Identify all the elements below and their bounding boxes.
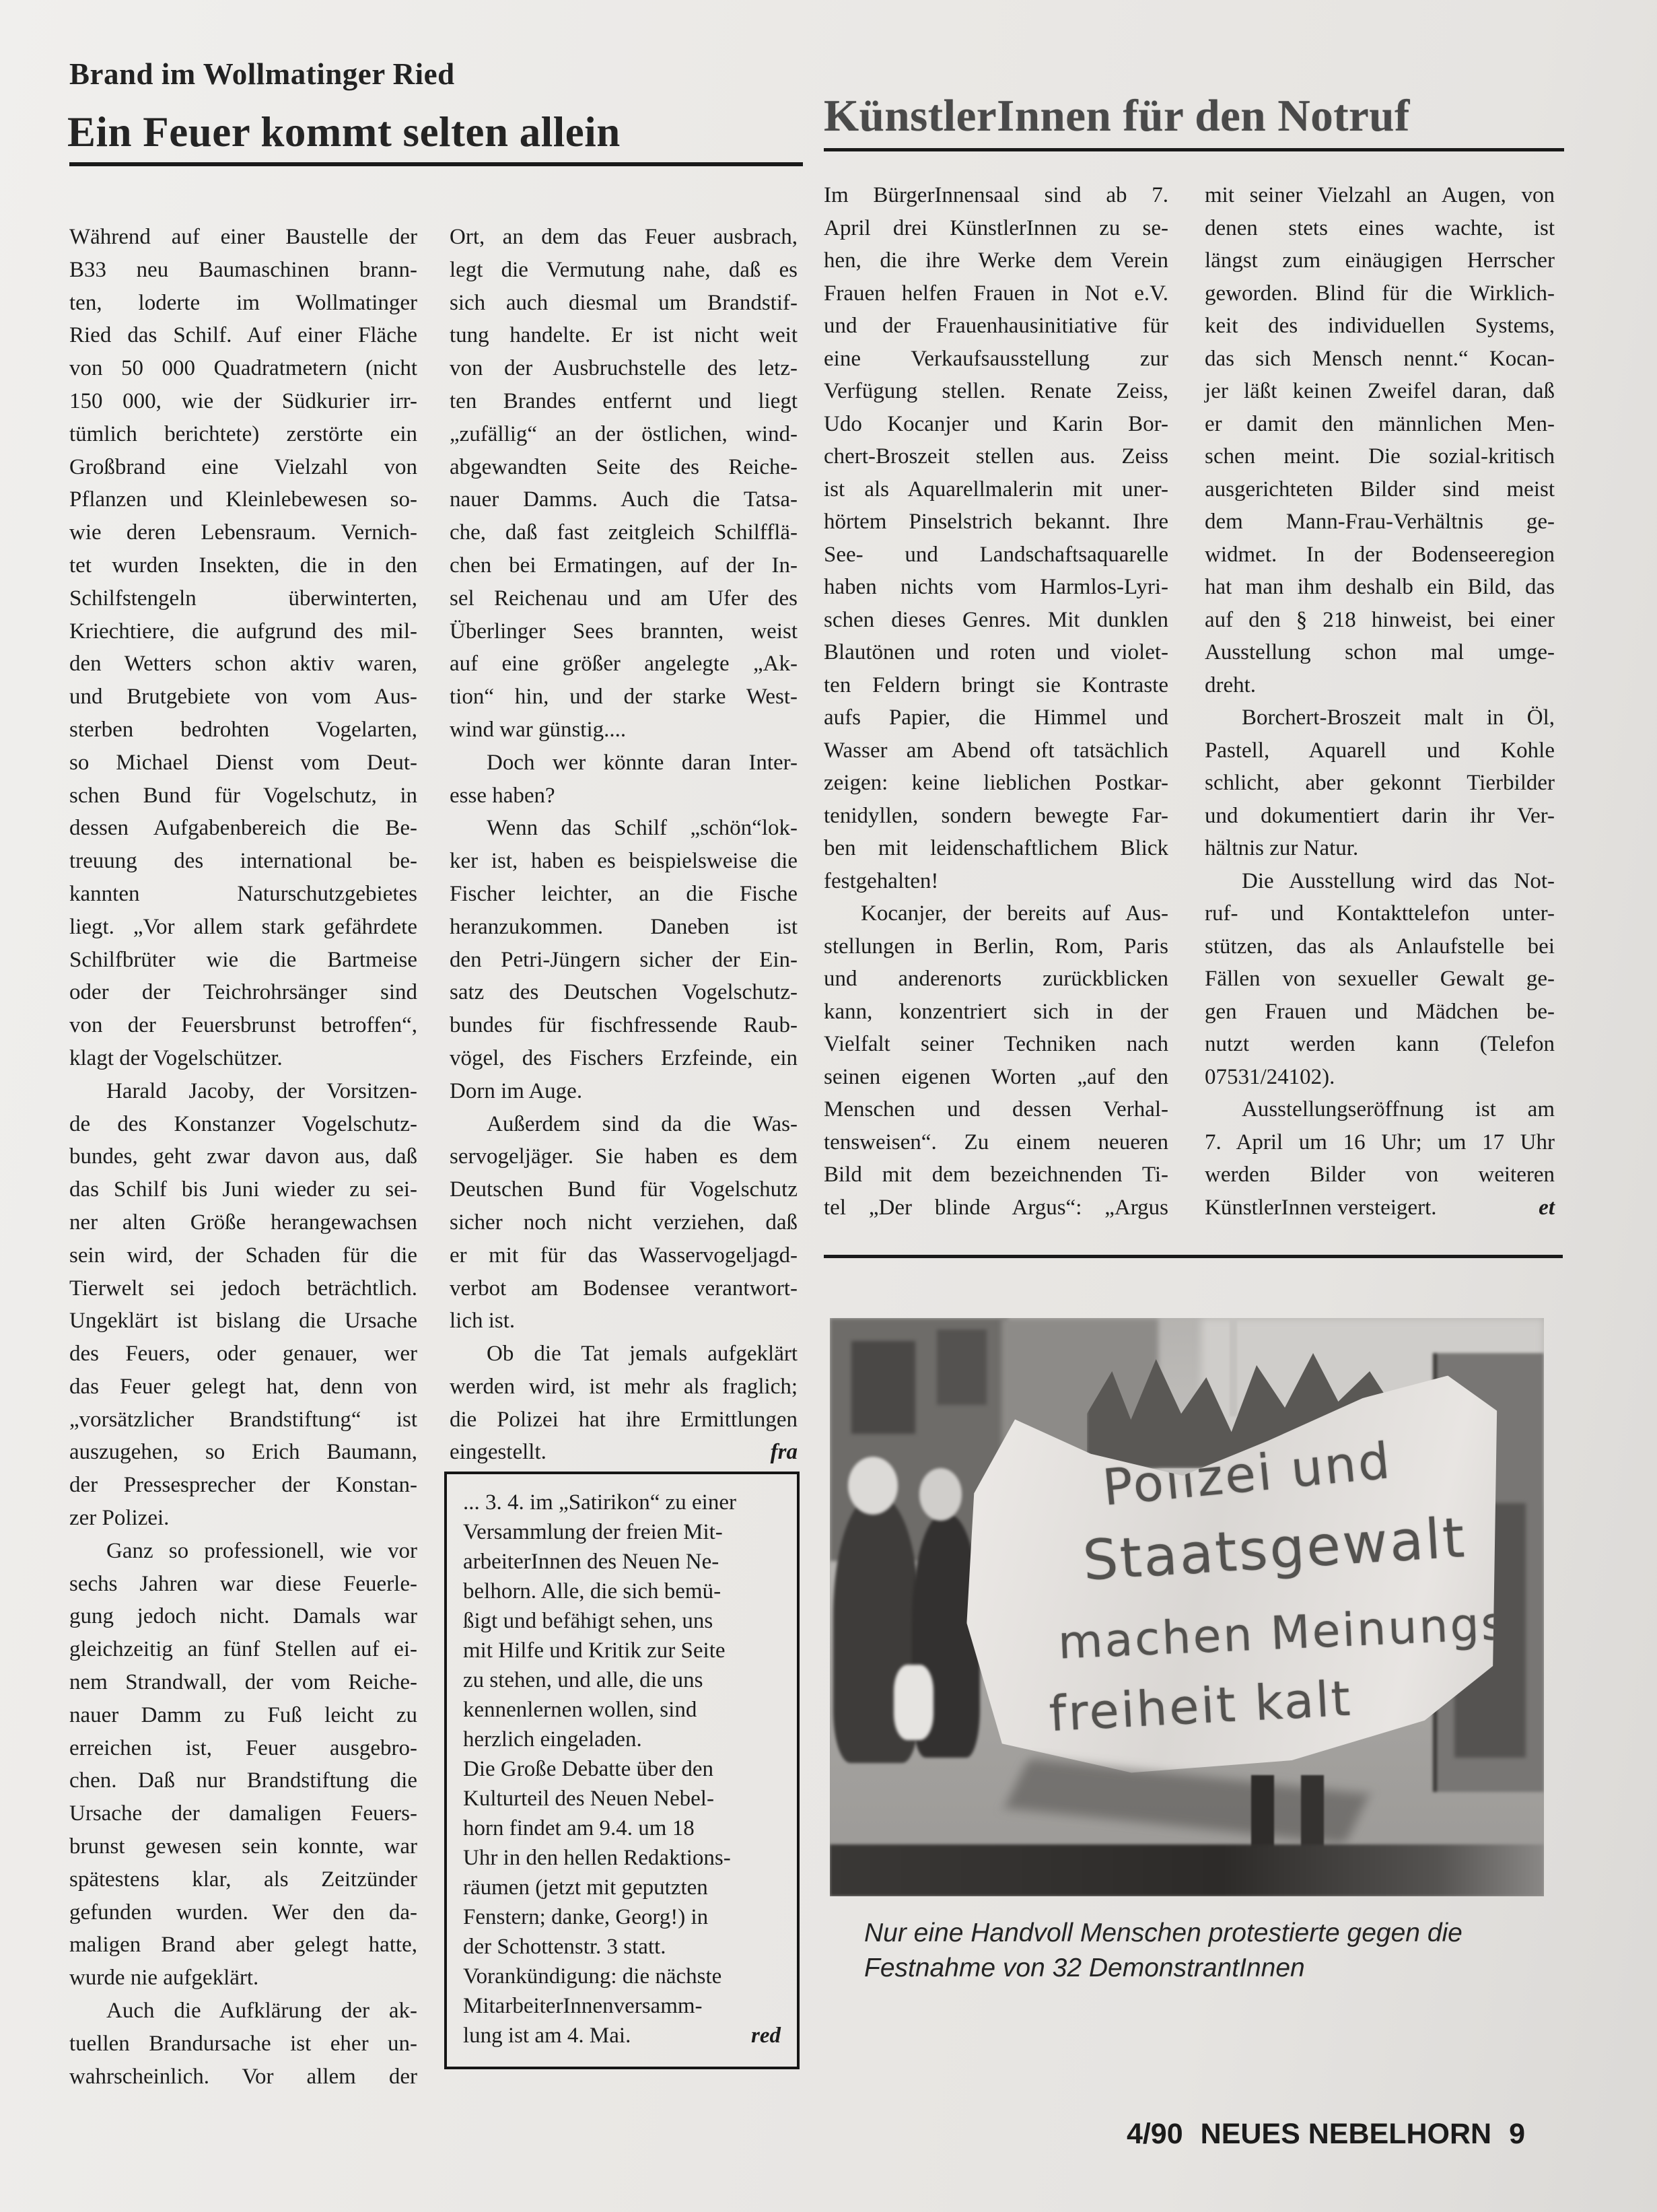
text-line: chen. Daß nur Brandstiftung die bbox=[69, 1764, 417, 1797]
notruf-article-column-1: Im BürgerInnensaal sind ab 7.April drei … bbox=[824, 179, 1168, 1224]
text-line: aufs Papier, die Himmel und bbox=[824, 701, 1168, 734]
text-line: er damit den männlichen Men- bbox=[1205, 408, 1555, 441]
text-line: denen stets eines wachte, ist bbox=[1205, 212, 1555, 245]
magazine-page-scan: { "page": { "background": "#e9e7e4", "in… bbox=[0, 0, 1657, 2212]
text-line: Tierwelt sei jedoch beträchtlich. bbox=[69, 1272, 417, 1305]
text-line: keit des individuellen Systems, bbox=[1205, 310, 1555, 343]
fire-article-column-2: Ort, an dem das Feuer ausbrach,legt die … bbox=[450, 221, 798, 1469]
text-line: dreht. bbox=[1205, 669, 1555, 702]
text-line: wurde nie aufgeklärt. bbox=[69, 1962, 417, 1995]
text-line: zu stehen, und alle, die uns bbox=[463, 1665, 781, 1695]
protest-photo: Polizei und Staatsgewalt machen Meinungs… bbox=[830, 1318, 1544, 1896]
text-line: de des Konstanzer Vogelschutz- bbox=[69, 1108, 417, 1141]
text-line: schen dieses Genres. Mit dunklen bbox=[824, 604, 1168, 637]
text-line: tet wurden Insekten, die in den bbox=[69, 549, 417, 582]
text-line: mit Hilfe und Kritik zur Seite bbox=[463, 1636, 781, 1665]
text-line: Ungeklärt ist bislang die Ursache bbox=[69, 1305, 417, 1338]
text-line: schen Bund für Vogelschutz, in bbox=[69, 780, 417, 813]
text-line: Ganz so professionell, wie vor bbox=[69, 1535, 417, 1568]
text-line: widmet. In der Bodenseeregion bbox=[1205, 539, 1555, 572]
text-line: die Polizei hat ihre Ermittlungen bbox=[450, 1404, 798, 1437]
text-line: Frauen helfen Frauen in Not e.V. bbox=[824, 277, 1168, 310]
text-line: „vorsätzlicher Brandstiftung“ ist bbox=[69, 1404, 417, 1437]
text-line: wahrscheinlich. Vor allem der bbox=[69, 2061, 417, 2094]
text-line: lich ist. bbox=[450, 1305, 798, 1338]
text-line: eingestellt.fra bbox=[450, 1436, 798, 1469]
notruf-headline-rule bbox=[824, 148, 1564, 151]
text-line: jer läßt keinen Zweifel daran, daß bbox=[1205, 375, 1555, 408]
text-line: Verfügung stellen. Renate Zeiss, bbox=[824, 375, 1168, 408]
text-line: kann, konzentriert sich in der bbox=[824, 996, 1168, 1029]
notruf-article-column-2: mit seiner Vielzahl an Augen, vondenen s… bbox=[1205, 179, 1555, 1224]
text-line: hat man ihm deshalb ein Bild, das bbox=[1205, 571, 1555, 604]
text-line: auf den § 218 hinweist, bei einer bbox=[1205, 604, 1555, 637]
author-signature: red bbox=[751, 2021, 781, 2050]
text-line: „zufällig“ an der östlichen, wind- bbox=[450, 418, 798, 451]
spacer bbox=[631, 2021, 751, 2050]
text-line: Uhr in den hellen Redaktions- bbox=[463, 1843, 781, 1873]
text-line: dessen Aufgabenbereich die Be- bbox=[69, 812, 417, 845]
text-line: Pflanzen und Kleinlebewesen so- bbox=[69, 483, 417, 516]
text-line: Ried das Schilf. Auf einer Fläche bbox=[69, 319, 417, 352]
text-line: Dorn im Auge. bbox=[450, 1075, 798, 1108]
text-line: werden wird, ist mehr als fraglich; bbox=[450, 1371, 798, 1404]
text-line: auszugehen, so Erich Baumann, bbox=[69, 1436, 417, 1469]
text-line: ker ist, haben es beispielsweise die bbox=[450, 845, 798, 878]
text-line: der Schottenstr. 3 statt. bbox=[463, 1932, 781, 1962]
text-line: Während auf einer Baustelle der bbox=[69, 221, 417, 254]
text-line: nauer Damms. Auch die Tatsa- bbox=[450, 483, 798, 516]
text-line: Die Ausstellung wird das Not- bbox=[1205, 865, 1555, 898]
photo-window bbox=[851, 1341, 915, 1433]
fire-article-headline: Ein Feuer kommt selten allein bbox=[67, 108, 621, 157]
page-footer: 4/90 NEUES NEBELHORN 9 bbox=[1127, 2118, 1525, 2151]
text-line: hen, die ihre Werke dem Verein bbox=[824, 244, 1168, 277]
text-line: Großbrand eine Vielzahl von bbox=[69, 451, 417, 484]
text-line: ben mit leidenschaftlichem Blick bbox=[824, 832, 1168, 865]
text-line: schlicht, aber gekonnt Tierbilder bbox=[1205, 767, 1555, 800]
author-signature: fra bbox=[771, 1436, 798, 1469]
text-line: abgewandten Seite des Reiche- bbox=[450, 451, 798, 484]
text-line: servogeljäger. Sie haben es dem bbox=[450, 1140, 798, 1173]
text-line: eine Verkaufsausstellung zur bbox=[824, 343, 1168, 376]
text-line: Schilfbrüter wie die Bartmeise bbox=[69, 944, 417, 977]
footer-magazine-title: NEUES NEBELHORN bbox=[1201, 2118, 1491, 2151]
text-line: von 50 000 Quadratmetern (nicht bbox=[69, 352, 417, 385]
text-line: Auch die Aufklärung der ak- bbox=[69, 1995, 417, 2028]
text-line: Vielfalt seiner Techniken nach bbox=[824, 1028, 1168, 1061]
text-line: bundes, geht zwar davon aus, daß bbox=[69, 1140, 417, 1173]
text-line: und dokumentiert darin ihr Ver- bbox=[1205, 800, 1555, 833]
text-line: der Pressesprecher der Konstan- bbox=[69, 1469, 417, 1502]
text-line: festgehalten! bbox=[824, 865, 1168, 898]
text-line: tümlich berichtete) zerstörte ein bbox=[69, 418, 417, 451]
text-line: so Michael Dienst vom Deut- bbox=[69, 747, 417, 780]
text-line: zeigen: keine lieblichen Postkar- bbox=[824, 767, 1168, 800]
footer-issue: 4/90 bbox=[1127, 2118, 1183, 2151]
demonstrator-head bbox=[919, 1468, 962, 1520]
text-line: Wenn das Schilf „schön“lok- bbox=[450, 812, 798, 845]
text-line: ten Feldern bringt sie Kontraste bbox=[824, 669, 1168, 702]
text-line: Ausstellung schon mal umge- bbox=[1205, 636, 1555, 669]
text-line: che, daß fast zeitgleich Schilfflä- bbox=[450, 516, 798, 549]
text-line: horn findet am 9.4. um 18 bbox=[463, 1813, 781, 1843]
text-line: esse haben? bbox=[450, 780, 798, 813]
editorial-note-text: ... 3. 4. im „Satirikon“ zu einerVersamm… bbox=[463, 1488, 781, 2050]
text-line: sein wird, der Schaden für die bbox=[69, 1239, 417, 1272]
text-line: seinen eigenen Worten „auf den bbox=[824, 1061, 1168, 1094]
text-line: den Petri-Jüngern sicher der Ein- bbox=[450, 944, 798, 977]
text-line: MitarbeiterInnenversamm- bbox=[463, 1991, 781, 2021]
text-line: zer Polizei. bbox=[69, 1502, 417, 1535]
text-line: nauer Damm zu Fuß leicht zu bbox=[69, 1699, 417, 1732]
fire-headline-rule bbox=[69, 162, 803, 166]
text-line: satz des Deutschen Vogelschutz- bbox=[450, 976, 798, 1009]
text-line: klagt der Vogelschützer. bbox=[69, 1042, 417, 1075]
text-line: brunst gewesen sein konnte, war bbox=[69, 1830, 417, 1863]
text-line: er mit für das Wasservogeljagd- bbox=[450, 1239, 798, 1272]
text-line: und anderenorts zurückblicken bbox=[824, 963, 1168, 996]
text-line: stellungen in Berlin, Rom, Paris bbox=[824, 930, 1168, 963]
text-line: auf eine größer angelegte „Ak- bbox=[450, 648, 798, 681]
text-line: Pastell, Aquarell und Kohle bbox=[1205, 734, 1555, 767]
banner-text-line: machen Meinungs bbox=[1057, 1597, 1508, 1670]
text-line: bundes für fischfressende Raub- bbox=[450, 1009, 798, 1042]
text-line: Deutschen Bund für Vogelschutz bbox=[450, 1173, 798, 1206]
text-line: See- und Landschaftsaquarelle bbox=[824, 539, 1168, 572]
text-line: legt die Vermutung nahe, daß es bbox=[450, 254, 798, 287]
text-line: sechs Jahren war diese Feuerle- bbox=[69, 1568, 417, 1601]
text-line: das Feuer gelegt hat, denn von bbox=[69, 1371, 417, 1404]
photo-banner-pole bbox=[1230, 1318, 1237, 1416]
text-line: ist als Aquarellmalerin mit uner- bbox=[824, 473, 1168, 506]
text-line: herzlich eingeladen. bbox=[463, 1725, 781, 1754]
text-line: ruf- und Kontakttelefon unter- bbox=[1205, 897, 1555, 930]
banner-text-line: freiheit kalt bbox=[1048, 1670, 1353, 1742]
photo-window bbox=[937, 1329, 987, 1405]
text-line: sterben bedrohten Vogelarten, bbox=[69, 714, 417, 747]
text-line-text: eingestellt. bbox=[450, 1436, 547, 1469]
text-line: mit seiner Vielzahl an Augen, von bbox=[1205, 179, 1555, 212]
text-line: Ort, an dem das Feuer ausbrach, bbox=[450, 221, 798, 254]
text-line: tel „Der blinde Argus“: „Argus bbox=[824, 1191, 1168, 1224]
photo-caption: Nur eine Handvoll Menschen protestierte … bbox=[864, 1916, 1578, 1986]
text-line: spätestens klar, als Zeitzünder bbox=[69, 1863, 417, 1896]
text-line: Doch wer könnte daran Inter- bbox=[450, 747, 798, 780]
demonstrator-head bbox=[848, 1457, 898, 1515]
text-line: das Schilf bis Juni wieder zu sei- bbox=[69, 1173, 417, 1206]
text-line: hältnis zur Natur. bbox=[1205, 832, 1555, 865]
text-line: chen bei Ermatingen, auf der In- bbox=[450, 549, 798, 582]
spacer bbox=[547, 1436, 771, 1469]
text-line: Die Große Debatte über den bbox=[463, 1754, 781, 1784]
text-line: tensweisen“. Zu einem neueren bbox=[824, 1126, 1168, 1159]
text-line: werden Bilder von weiteren bbox=[1205, 1159, 1555, 1191]
text-line: vögel, des Fischers Erzfeinde, ein bbox=[450, 1042, 798, 1075]
text-line: maligen Brand aber gelegt hatte, bbox=[69, 1929, 417, 1962]
text-line: heranzukommen. Daneben ist bbox=[450, 911, 798, 944]
footer-page-number: 9 bbox=[1509, 2118, 1525, 2151]
text-line: Im BürgerInnensaal sind ab 7. bbox=[824, 179, 1168, 212]
text-line: Ausstellungseröffnung ist am bbox=[1205, 1093, 1555, 1126]
text-line: Menschen und dessen Verhal- bbox=[824, 1093, 1168, 1126]
text-line: hörtem Pinselstrich bekannt. Ihre bbox=[824, 506, 1168, 539]
text-line: Fischer leichter, an die Fische bbox=[450, 878, 798, 911]
text-line: sel Reichenau und am Ufer des bbox=[450, 582, 798, 615]
text-line: geworden. Blind für die Wirklich- bbox=[1205, 277, 1555, 310]
text-line: sich auch diesmal um Brandstif- bbox=[450, 287, 798, 320]
text-line: April drei KünstlerInnen zu se- bbox=[824, 212, 1168, 245]
text-line: Vorankündigung: die nächste bbox=[463, 1962, 781, 1991]
text-line: von der Feuersbrunst betroffen“, bbox=[69, 1009, 417, 1042]
photo-caption-line: Festnahme von 32 DemonstrantInnen bbox=[864, 1951, 1578, 1986]
text-line: räumen (jetzt mit geputzten bbox=[463, 1873, 781, 1902]
text-line: Bild mit dem bezeichnenden Ti- bbox=[824, 1159, 1168, 1191]
text-line: arbeiterInnen des Neuen Ne- bbox=[463, 1547, 781, 1577]
text-line: nutzt werden kann (Telefon bbox=[1205, 1028, 1555, 1061]
photo-caption-line: Nur eine Handvoll Menschen protestierte … bbox=[864, 1916, 1578, 1951]
banner-text-line: Staatsgewalt bbox=[1081, 1507, 1468, 1594]
author-signature: et bbox=[1539, 1191, 1555, 1224]
text-line: 150 000, wie der Südkurier irr- bbox=[69, 385, 417, 418]
text-line: Udo Kocanjer und Karin Bor- bbox=[824, 408, 1168, 441]
text-line: Schilfstengeln überwinterten, bbox=[69, 582, 417, 615]
text-line: oder der Teichrohrsänger sind bbox=[69, 976, 417, 1009]
text-line: gefunden wurden. Wer den da- bbox=[69, 1896, 417, 1929]
text-line-text: lung ist am 4. Mai. bbox=[463, 2021, 631, 2050]
text-line: chert-Broszeit stellen aus. Zeiss bbox=[824, 440, 1168, 473]
plastic-bag bbox=[894, 1665, 933, 1740]
text-line: Blautönen und roten und violet- bbox=[824, 636, 1168, 669]
text-line: Harald Jacoby, der Vorsitzen- bbox=[69, 1075, 417, 1108]
text-line: ausgerichteten Bilder sind meist bbox=[1205, 473, 1555, 506]
fire-article-column-1: Während auf einer Baustelle derB33 neu B… bbox=[69, 221, 417, 2093]
text-line: haben nichts vom Harmlos-Lyri- bbox=[824, 571, 1168, 604]
text-line: belhorn. Alle, die sich bemü- bbox=[463, 1577, 781, 1606]
text-line: Versammlung der freien Mit- bbox=[463, 1517, 781, 1547]
text-line: das sich Mensch nennt.“ Kocan- bbox=[1205, 343, 1555, 376]
text-line: dem Mann-Frau-Verhältnis ge- bbox=[1205, 506, 1555, 539]
text-line: verbot am Bodensee verantwort- bbox=[450, 1272, 798, 1305]
text-line: Borchert-Broszeit malt in Öl, bbox=[1205, 701, 1555, 734]
text-line: erreichen ist, Feuer ausgebro- bbox=[69, 1732, 417, 1765]
fire-article-kicker: Brand im Wollmatinger Ried bbox=[69, 57, 455, 92]
text-line: gung jedoch nicht. Damals war bbox=[69, 1600, 417, 1633]
text-line: den Wetters schon aktiv waren, bbox=[69, 648, 417, 681]
text-line: ner alten Größe herangewachsen bbox=[69, 1206, 417, 1239]
text-line: 7. April um 16 Uhr; um 17 Uhr bbox=[1205, 1126, 1555, 1159]
text-line: Kulturteil des Neuen Nebel- bbox=[463, 1784, 781, 1813]
text-line: Außerdem sind da die Was- bbox=[450, 1108, 798, 1141]
text-line: 07531/24102). bbox=[1205, 1061, 1555, 1094]
text-line: ßigt und befähigt sehen, uns bbox=[463, 1606, 781, 1636]
spacer bbox=[1437, 1191, 1539, 1224]
text-line: Kocanjer, der bereits auf Aus- bbox=[824, 897, 1168, 930]
text-line: Ursache der damaligen Feuers- bbox=[69, 1797, 417, 1830]
text-line: Fenstern; danke, Georg!) in bbox=[463, 1902, 781, 1932]
text-line: tenidyllen, sondern bewegte Far- bbox=[824, 800, 1168, 833]
text-line: längst zum einäugigen Herrscher bbox=[1205, 244, 1555, 277]
text-line: kennenlernen wollen, sind bbox=[463, 1695, 781, 1725]
text-line: Wasser am Abend oft tatsächlich bbox=[824, 734, 1168, 767]
text-line: wind war günstig.... bbox=[450, 714, 798, 747]
notruf-article-headline: KünstlerInnen für den Notruf bbox=[824, 90, 1410, 142]
editorial-note-box: ... 3. 4. im „Satirikon“ zu einerVersamm… bbox=[444, 1472, 800, 2069]
text-line: ten, loderte im Wollmatinger bbox=[69, 287, 417, 320]
text-line: B33 neu Baumaschinen brann- bbox=[69, 254, 417, 287]
text-line: Ob die Tat jemals aufgeklärt bbox=[450, 1338, 798, 1371]
text-line: treuung des international be- bbox=[69, 845, 417, 878]
text-line: und der Frauenhausinitiative für bbox=[824, 310, 1168, 343]
text-line: Fällen von sexueller Gewalt ge- bbox=[1205, 963, 1555, 996]
photo-bottom-band bbox=[830, 1844, 1544, 1896]
text-line: Kriechtiere, die aufgrund des mil- bbox=[69, 615, 417, 648]
text-line: gen Frauen und Mädchen be- bbox=[1205, 996, 1555, 1029]
text-line: des Feuers, oder genauer, wer bbox=[69, 1338, 417, 1371]
text-line: wie deren Lebensraum. Vernich- bbox=[69, 516, 417, 549]
text-line: tuellen Brandursache ist eher un- bbox=[69, 2028, 417, 2061]
text-line: ... 3. 4. im „Satirikon“ zu einer bbox=[463, 1488, 781, 1517]
text-line: liegt. „Vor allem stark gefährdete bbox=[69, 911, 417, 944]
text-line: tion“ hin, und der starke West- bbox=[450, 681, 798, 714]
text-line: von der Ausbruchstelle des letz- bbox=[450, 352, 798, 385]
text-line: ten Brandes entfernt und liegt bbox=[450, 385, 798, 418]
text-line: und Brutgebiete von vom Aus- bbox=[69, 681, 417, 714]
text-line: schen meint. Die sozial-kritisch bbox=[1205, 440, 1555, 473]
text-line-text: KünstlerInnen versteigert. bbox=[1205, 1191, 1437, 1224]
text-line: Überlinger Sees brannten, weist bbox=[450, 615, 798, 648]
notruf-article-end-rule bbox=[824, 1255, 1563, 1258]
text-line: kannten Naturschutzgebietes bbox=[69, 878, 417, 911]
text-line: lung ist am 4. Mai.red bbox=[463, 2021, 781, 2050]
text-line: sicher noch nicht verziehen, daß bbox=[450, 1206, 798, 1239]
text-line: KünstlerInnen versteigert.et bbox=[1205, 1191, 1555, 1224]
text-line: nem Strandwall, der vom Reiche- bbox=[69, 1666, 417, 1699]
text-line: gleichzeitig an fünf Stellen auf ei- bbox=[69, 1633, 417, 1666]
text-line: stützen, das als Anlaufstelle bei bbox=[1205, 930, 1555, 963]
text-line: tung handelte. Er ist nicht weit bbox=[450, 319, 798, 352]
